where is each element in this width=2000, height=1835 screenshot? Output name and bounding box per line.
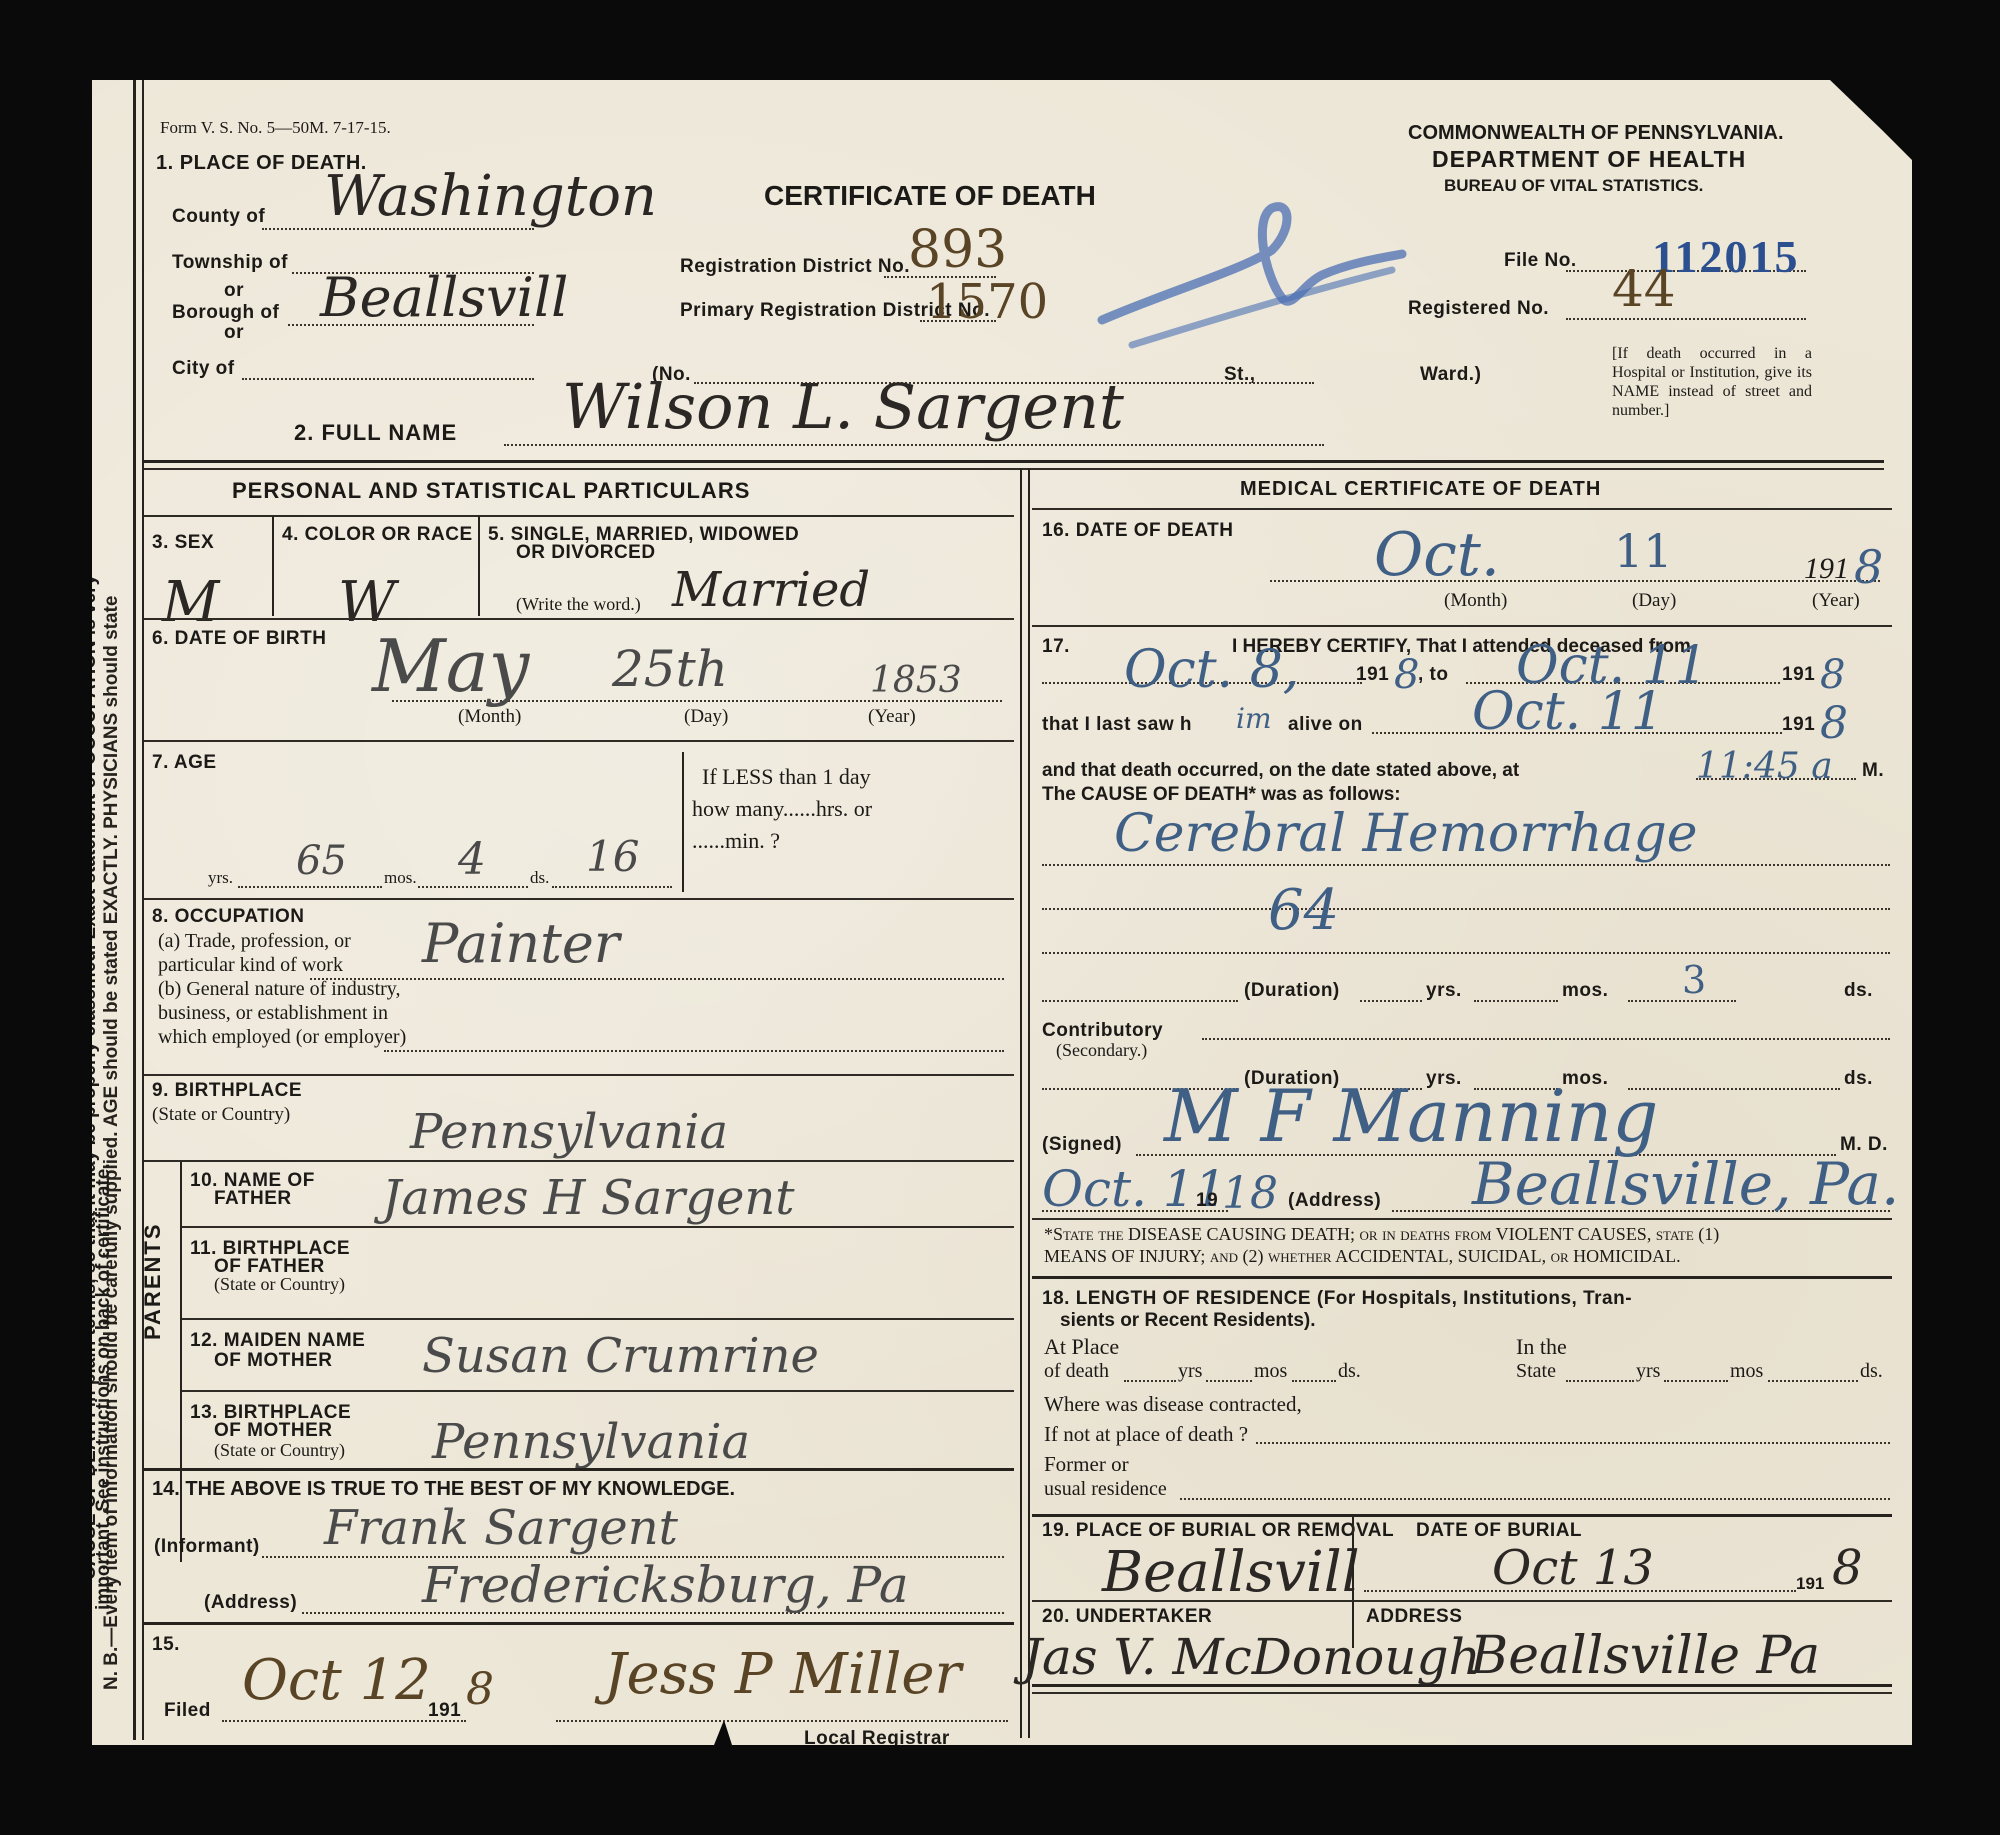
age-ds-value[interactable]: 16: [586, 832, 639, 881]
marital-hint: (Write the word.): [516, 594, 641, 615]
certify-number: 17.: [1042, 636, 1070, 658]
filed-year-suffix[interactable]: 8: [466, 1664, 494, 1715]
rule-before-filed: [144, 1622, 1014, 1625]
city-line: [242, 378, 534, 380]
filed-date-value[interactable]: Oct 12: [242, 1648, 431, 1713]
margin-rule-outer: [133, 80, 136, 1740]
section-rule-top-2: [144, 468, 1884, 470]
occupation-a-value[interactable]: Painter: [422, 912, 620, 975]
dob-day-caption: (Day): [684, 706, 728, 728]
death-certificate-paper: N. B.—Every item of information should b…: [92, 80, 1912, 1745]
rule-after-parents: [144, 1468, 1014, 1471]
dod-year-caption: (Year): [1812, 590, 1860, 612]
place-yrs-line: [1124, 1380, 1176, 1382]
cause-label: The CAUSE OF DEATH* was as follows:: [1042, 784, 1401, 806]
birthplace-value[interactable]: Pennsylvania: [410, 1104, 728, 1160]
borough-label: Borough of: [172, 302, 279, 324]
death-time-value[interactable]: 11:45 a: [1696, 746, 1833, 787]
filed-year-prefix: 191: [428, 1700, 461, 1722]
last-saw-date[interactable]: Oct. 11: [1472, 682, 1664, 742]
occupation-b-line3: which employed (or employer): [158, 1026, 406, 1049]
state-ds-label: ds.: [1860, 1360, 1883, 1383]
rule-after-dob: [144, 740, 1014, 742]
duration-label-1: (Duration): [1244, 980, 1340, 1002]
attended-from-year[interactable]: 8: [1394, 652, 1419, 698]
street-label: St.,: [1224, 364, 1256, 386]
burial-year-prefix: 191: [1796, 1574, 1824, 1594]
footnote-line-1: *State the DISEASE CAUSING DEATH; or in …: [1044, 1224, 1719, 1245]
occupation-a-line: [310, 978, 1004, 980]
rule-after-birthplace: [144, 1160, 1014, 1162]
occupation-a-line2: particular kind of work: [158, 954, 343, 977]
duration-mos-line: [1474, 1000, 1558, 1002]
mother-label-2: OF MOTHER: [214, 1350, 333, 1372]
father-birthplace-sub: (State or Country): [214, 1274, 345, 1295]
duration-mos-label: mos.: [1562, 980, 1608, 1002]
death-occurred-label: and that death occurred, on the date sta…: [1042, 760, 1519, 782]
certificate-title: CERTIFICATE OF DEATH: [764, 180, 1096, 212]
place-ds-line: [1292, 1380, 1336, 1382]
mother-value[interactable]: Susan Crumrine: [422, 1328, 819, 1384]
physician-address-label: (Address): [1288, 1190, 1381, 1212]
rule-before-burial: [1032, 1514, 1892, 1517]
undertaker-label: 20. UNDERTAKER: [1042, 1606, 1212, 1628]
cause-line-1: [1042, 864, 1890, 866]
true-statement-label: 14. THE ABOVE IS TRUE TO THE BEST OF MY …: [152, 1478, 735, 1501]
age-mos-line: [418, 886, 528, 888]
burial-year-suffix[interactable]: 8: [1832, 1540, 1863, 1596]
bottom-rule-2: [144, 1776, 1884, 1778]
age-label: 7. AGE: [152, 752, 217, 774]
cause-line-3: [1042, 952, 1890, 954]
physician-signature[interactable]: M F Manning: [1164, 1074, 1658, 1158]
registered-no-line: [1566, 318, 1806, 320]
personal-header-rule: [144, 515, 1014, 517]
sex-divider: [272, 516, 274, 616]
mother-label-1: 12. MAIDEN NAME: [190, 1330, 365, 1352]
filed-label: Filed: [164, 1700, 211, 1722]
duration-ds-label: ds.: [1844, 980, 1873, 1002]
margin-rule-inner: [142, 80, 144, 1740]
date-of-death-day[interactable]: 11: [1614, 524, 1673, 578]
secondary-label: (Secondary.): [1056, 1040, 1147, 1061]
dob-day[interactable]: 25th: [612, 640, 728, 698]
dob-year-caption: (Year): [868, 706, 916, 728]
alive-on-label: alive on: [1288, 714, 1363, 736]
undertaker-address-label: ADDRESS: [1366, 1606, 1462, 1628]
full-name-line: [504, 444, 1324, 446]
registered-no-value[interactable]: 44: [1612, 260, 1676, 318]
state-mos-label: mos: [1730, 1360, 1763, 1383]
borough-value[interactable]: Beallsvill: [320, 266, 568, 329]
primary-district-value[interactable]: 1570: [926, 274, 1048, 330]
margin-note-line2-b: Exact statement of OCCUPATION is very: [79, 575, 100, 940]
cause-line-2: [1042, 908, 1890, 910]
residence-label-2: sients or Recent Residents).: [1060, 1310, 1316, 1332]
section-rule-top-1: [144, 460, 1884, 463]
former-label-1: Former or: [1044, 1452, 1129, 1477]
duration-line-a: [1042, 1000, 1238, 1002]
registration-district-label: Registration District No.: [680, 256, 910, 278]
date-of-death-line: [1270, 580, 1880, 582]
rule-before-undertaker: [1032, 1600, 1892, 1602]
burial-place-value[interactable]: Beallsvill: [1102, 1540, 1360, 1605]
less-than-day-line2: how many......hrs. or: [692, 796, 872, 822]
place-yrs-label: yrs: [1178, 1360, 1202, 1383]
marital-label-2: OR DIVORCED: [516, 542, 656, 564]
hospital-note: [If death occurred in a Hospital or Inst…: [1612, 344, 1812, 420]
or-2: or: [224, 322, 244, 344]
rule-after-footnote: [1032, 1276, 1892, 1279]
marital-value[interactable]: Married: [672, 562, 870, 618]
age-divider: [682, 752, 684, 892]
attended-to-year[interactable]: 8: [1820, 652, 1845, 698]
dob-label: 6. DATE OF BIRTH: [152, 628, 326, 650]
bottom-rule-right-1: [1032, 1684, 1892, 1687]
in-state-label-2: State: [1516, 1360, 1556, 1383]
date-of-death-year-suffix[interactable]: 8: [1854, 540, 1883, 594]
mother-birthplace-sub: (State or Country): [214, 1440, 345, 1461]
occupation-b-line: [384, 1050, 1004, 1052]
margin-note-line3: important. See instructions on back of c…: [92, 1163, 116, 1610]
age-ds-line: [552, 886, 672, 888]
age-yrs-line: [238, 886, 382, 888]
last-saw-pronoun[interactable]: im: [1236, 702, 1272, 735]
sex-value[interactable]: M: [162, 570, 219, 635]
last-saw-year[interactable]: 8: [1820, 698, 1848, 749]
state-ds-line: [1768, 1380, 1858, 1382]
informant-value[interactable]: Frank Sargent: [324, 1500, 678, 1556]
medical-header: MEDICAL CERTIFICATE OF DEATH: [1240, 478, 1601, 501]
age-mos-value[interactable]: 4: [458, 834, 486, 885]
less-than-day-line1: If LESS than 1 day: [702, 764, 871, 790]
burial-place-label: 19. PLACE OF BURIAL OR REMOVAL: [1042, 1520, 1394, 1542]
date-of-death-month[interactable]: Oct.: [1374, 520, 1500, 590]
age-yrs-label: yrs.: [208, 868, 233, 888]
bottom-rule-right-2: [1032, 1692, 1892, 1694]
to-label: , to: [1418, 664, 1449, 686]
rule-after-occupation: [144, 1074, 1014, 1076]
former-label-2: usual residence: [1044, 1478, 1167, 1501]
last-saw-label: that I last saw h: [1042, 714, 1192, 736]
city-label: City of: [172, 358, 235, 380]
issuer-line-3: BUREAU OF VITAL STATISTICS.: [1444, 176, 1703, 196]
cause-value[interactable]: Cerebral Hemorrhage: [1114, 804, 1698, 864]
state-yrs-label: yrs: [1636, 1360, 1660, 1383]
county-label: County of: [172, 206, 265, 228]
rule-after-father: [182, 1226, 1014, 1228]
rule-after-dod: [1032, 625, 1892, 627]
state-yrs-line: [1566, 1380, 1634, 1382]
dob-year[interactable]: 1853: [870, 660, 962, 701]
rule-after-mother: [182, 1390, 1014, 1392]
county-value[interactable]: Washington: [324, 164, 657, 229]
rule-after-age: [144, 898, 1014, 900]
burial-date-value[interactable]: Oct 13: [1492, 1540, 1654, 1596]
parents-divider: [180, 1162, 182, 1562]
ward-label: Ward.): [1420, 364, 1481, 386]
father-value[interactable]: James H Sargent: [382, 1170, 795, 1226]
at-place-label-2: of death: [1044, 1360, 1109, 1383]
duration-yrs-line: [1360, 1000, 1422, 1002]
filed-number: 15.: [152, 1634, 180, 1656]
dob-month[interactable]: May: [372, 624, 529, 708]
signed-year-prefix: 19: [1196, 1190, 1218, 1212]
informant-label: (Informant): [154, 1536, 260, 1558]
contributory-line: [1202, 1038, 1890, 1040]
footnote-line-2: MEANS OF INJURY; and (2) whether ACCIDEN…: [1044, 1246, 1681, 1267]
undertaker-value[interactable]: Jas V. McDonough: [1022, 1628, 1481, 1686]
dod-day-caption: (Day): [1632, 590, 1676, 612]
dob-month-caption: (Month): [458, 706, 521, 728]
rule-before-footnote: [1032, 1218, 1892, 1220]
signed-label: (Signed): [1042, 1134, 1122, 1156]
column-divider-right: [1028, 468, 1030, 1738]
file-no-label: File No.: [1504, 250, 1577, 272]
age-yrs-value[interactable]: 65: [296, 838, 347, 884]
occupation-b-line1: (b) General nature of industry,: [158, 978, 401, 1001]
undertaker-address-value[interactable]: Beallsville Pa: [1470, 1626, 1820, 1686]
duration-ds-value[interactable]: 3: [1682, 958, 1706, 1002]
personal-header: PERSONAL AND STATISTICAL PARTICULARS: [232, 478, 750, 504]
township-label: Township of: [172, 252, 288, 274]
registration-district-value[interactable]: 893: [908, 220, 1007, 280]
form-number: Form V. S. No. 5—50M. 7-17-15.: [160, 118, 391, 138]
informant-address-label: (Address): [204, 1592, 297, 1614]
duration2-ds-label: ds.: [1844, 1068, 1873, 1090]
date-of-death-year-prefix: 191: [1804, 552, 1849, 586]
in-state-label-1: In the: [1516, 1334, 1567, 1360]
place-mos-label: mos: [1254, 1360, 1287, 1383]
birthplace-label: 9. BIRTHPLACE: [152, 1080, 302, 1102]
contributory-label: Contributory: [1042, 1020, 1163, 1042]
contracted-line: [1256, 1442, 1890, 1444]
full-name-label: 2. FULL NAME: [294, 420, 457, 446]
medical-header-rule: [1032, 508, 1892, 510]
race-label: 4. COLOR OR RACE: [282, 524, 473, 546]
last-saw-year-prefix: 191: [1782, 714, 1815, 736]
contracted-label-2: If not at place of death ?: [1044, 1422, 1248, 1447]
full-name-value[interactable]: Wilson L. Sargent: [562, 370, 1124, 443]
former-line: [1180, 1498, 1890, 1500]
issuer-line-2: DEPARTMENT OF HEALTH: [1432, 146, 1746, 173]
column-divider-left: [1020, 468, 1022, 1738]
registrar-line: [556, 1720, 1008, 1722]
sex-label: 3. SEX: [152, 532, 214, 554]
less-than-day-line3: ......min. ?: [692, 828, 780, 854]
race-divider: [478, 516, 480, 616]
m-label: M.: [1862, 760, 1884, 782]
mother-birthplace-label-2: OF MOTHER: [214, 1420, 333, 1442]
duration-yrs-label: yrs.: [1426, 980, 1462, 1002]
at-place-label-1: At Place: [1044, 1334, 1119, 1360]
place-ds-label: ds.: [1338, 1360, 1361, 1383]
issuer-line-1: COMMONWEALTH OF PENNSYLVANIA.: [1408, 122, 1784, 145]
contracted-label-1: Where was disease contracted,: [1044, 1392, 1302, 1417]
rule-after-father-birthplace: [182, 1318, 1014, 1320]
occupation-b-line2: business, or establishment in: [158, 1002, 388, 1025]
registrar-label: Local Registrar: [804, 1728, 950, 1750]
signed-year-suffix[interactable]: 18: [1222, 1168, 1278, 1219]
informant-address-value[interactable]: Fredericksburg, Pa: [422, 1556, 909, 1614]
rule-after-sex: [144, 618, 1014, 620]
duration2-ds-line: [1628, 1088, 1840, 1090]
registered-no-label: Registered No.: [1408, 298, 1549, 320]
burial-date-label: DATE OF BURIAL: [1416, 1520, 1582, 1542]
state-mos-line: [1664, 1380, 1728, 1382]
age-ds-label: ds.: [530, 868, 549, 888]
father-label-2: FATHER: [214, 1188, 292, 1210]
occupation-label: 8. OCCUPATION: [152, 906, 305, 928]
attended-from-date[interactable]: Oct. 8,: [1124, 640, 1299, 700]
pencil-mark-icon: [1092, 180, 1412, 360]
cause-code[interactable]: 64: [1268, 878, 1339, 943]
bottom-rule-1: [144, 1768, 1884, 1771]
mother-birthplace-value[interactable]: Pennsylvania: [432, 1414, 750, 1470]
birthplace-sub: (State or Country): [152, 1104, 290, 1126]
or-1: or: [224, 280, 244, 302]
date-of-death-label: 16. DATE OF DEATH: [1042, 520, 1233, 542]
physician-address-value[interactable]: Beallsville, Pa.: [1472, 1150, 1899, 1218]
attended-to-year-prefix: 191: [1782, 664, 1815, 686]
dod-month-caption: (Month): [1444, 590, 1507, 612]
attended-from-year-prefix: 191: [1356, 664, 1389, 686]
residence-label-1: 18. LENGTH OF RESIDENCE (For Hospitals, …: [1042, 1288, 1632, 1310]
registrar-signature[interactable]: Jess P Miller: [604, 1642, 961, 1707]
parents-label: PARENTS: [140, 1223, 166, 1341]
place-mos-line: [1206, 1380, 1252, 1382]
occupation-a-line1: (a) Trade, profession, or: [158, 930, 351, 953]
age-mos-label: mos.: [384, 868, 417, 888]
